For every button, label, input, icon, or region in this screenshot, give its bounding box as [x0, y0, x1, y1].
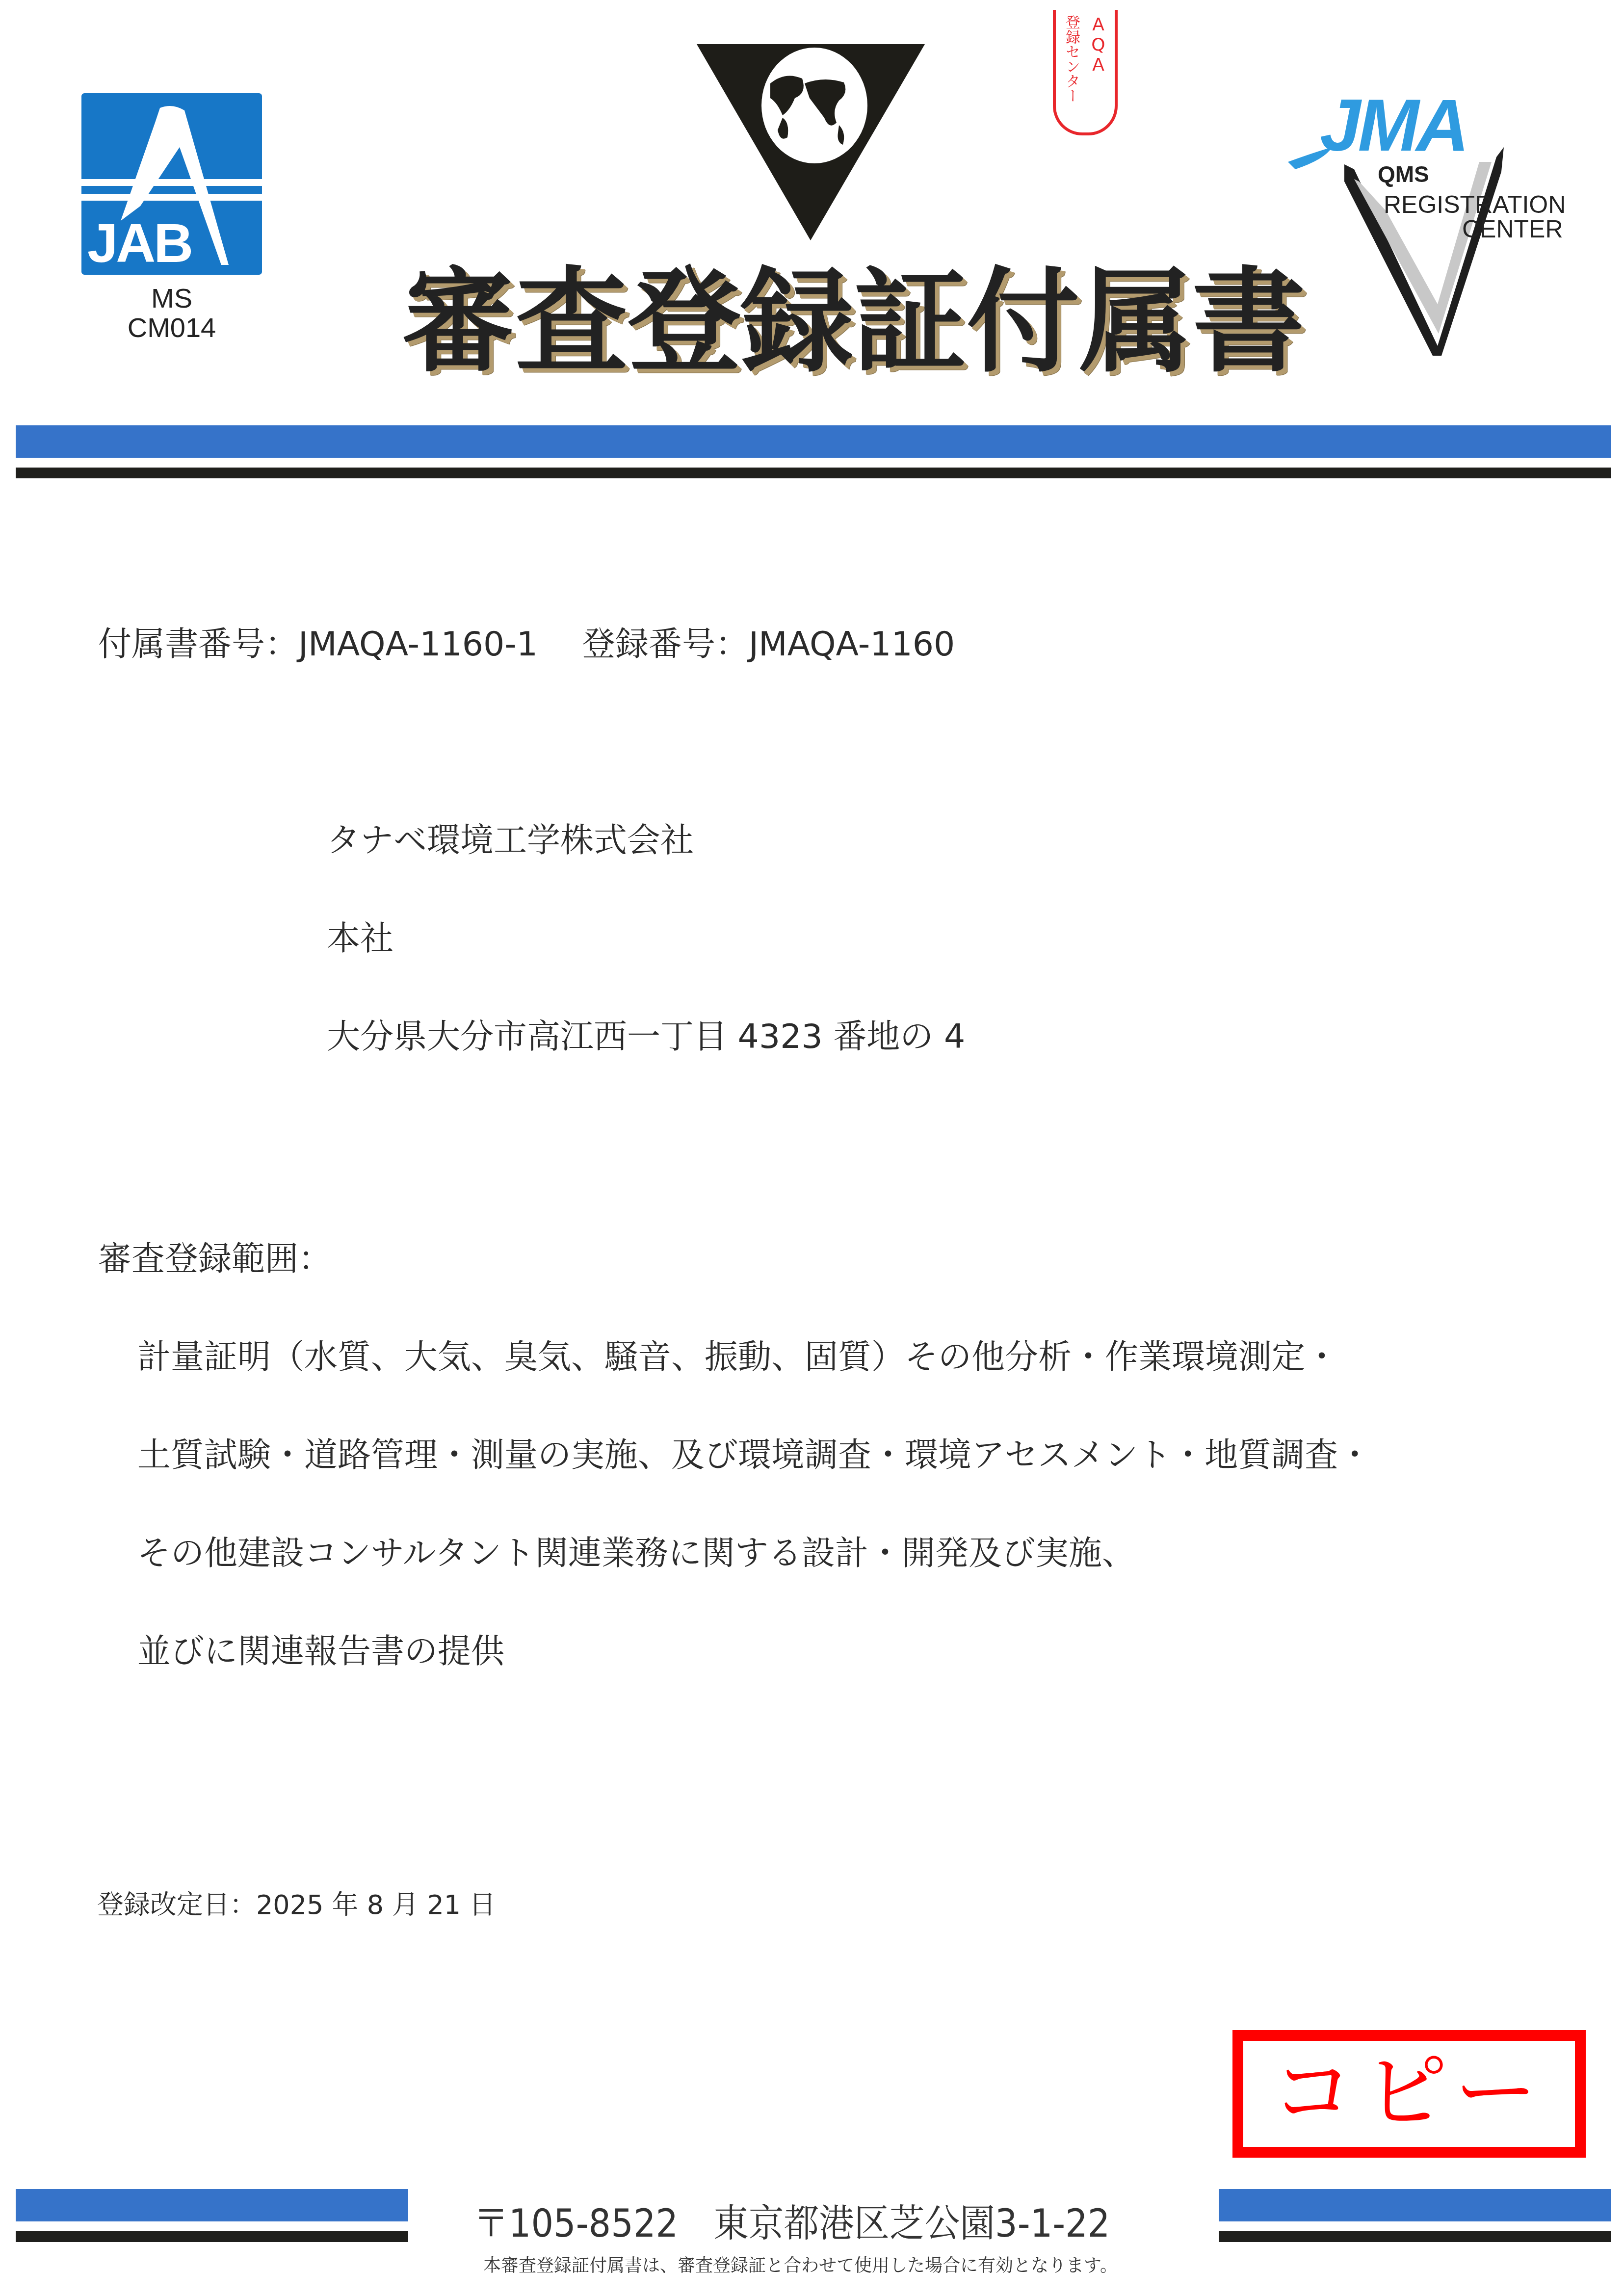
jma-qms-label: QMS — [1378, 161, 1429, 187]
reference-numbers: 付属書番号：JMAQA-1160-1登録番号：JMAQA-1160 — [98, 628, 955, 661]
jab-caption-code: CM014 — [81, 313, 262, 342]
organization-address: 大分県大分市高江西一丁目 4323 番地の 4 — [327, 1020, 965, 1054]
scope-line: 並びに関連報告書の提供 — [137, 1635, 504, 1669]
jma-center-label: CENTER — [1462, 216, 1563, 242]
jab-caption-ms: MS — [81, 284, 262, 313]
jab-logo: JAB — [81, 93, 262, 275]
jab-logo-text: JAB — [87, 216, 191, 271]
revision-date-value: 2025 年 8 月 21 日 — [256, 1889, 496, 1920]
appendix-number: JMAQA-1160-1 — [298, 625, 538, 664]
footer-blue-band-right — [1219, 2189, 1611, 2221]
globe-triangle-emblem-icon — [697, 25, 932, 240]
footer-black-band-right — [1219, 2231, 1611, 2242]
seal-right-text: AQA — [1088, 15, 1108, 75]
registration-number-label: 登録番号： — [582, 625, 749, 664]
header-blue-band — [16, 425, 1611, 458]
jma-logo-text: JMA — [1320, 88, 1467, 162]
jab-caption: MS CM014 — [81, 284, 262, 342]
footer-blue-band-left — [16, 2189, 408, 2221]
footer-note: 本審査登録証付属書は、審査登録証と合わせて使用した場合に有効となります。 — [483, 2252, 1118, 2277]
seal-left-text: 登録センター — [1060, 15, 1079, 103]
scope-line: 土質試験・道路管理・測量の実施、及び環境調査・環境アセスメント・地質調査・ — [137, 1439, 1371, 1472]
page-title: 審査登録証付属書 — [402, 265, 1305, 378]
copy-stamp-text: コピー — [1243, 2051, 1575, 2134]
scope-label: 審査登録範囲： — [98, 1243, 332, 1276]
scope-line: その他建設コンサルタント関連業務に関する設計・開発及び実施、 — [137, 1537, 1135, 1570]
footer-black-band-left — [16, 2231, 408, 2242]
organization-name: タナベ環境工学株式会社 — [327, 824, 694, 858]
revision-date-label: 登録改定日： — [97, 1889, 256, 1920]
organization-site: 本社 — [327, 922, 393, 956]
copy-stamp: コピー — [1232, 2030, 1586, 2158]
footer-address: 〒105-8522 東京都港区芝公園3-1-22 — [473, 2193, 1110, 2248]
revision-date: 登録改定日：2025 年 8 月 21 日 — [97, 1892, 496, 1918]
scope-line: 計量証明（水質、大気、臭気、騒音、振動、固質）その他分析・作業環境測定・ — [137, 1341, 1338, 1374]
appendix-number-label: 付属書番号： — [98, 625, 298, 664]
jma-registration-label: REGISTRATION — [1384, 191, 1566, 218]
registration-number: JMAQA-1160 — [749, 625, 955, 664]
header-black-band — [16, 468, 1611, 478]
registration-seal: 登録センター AQA — [1053, 10, 1118, 135]
